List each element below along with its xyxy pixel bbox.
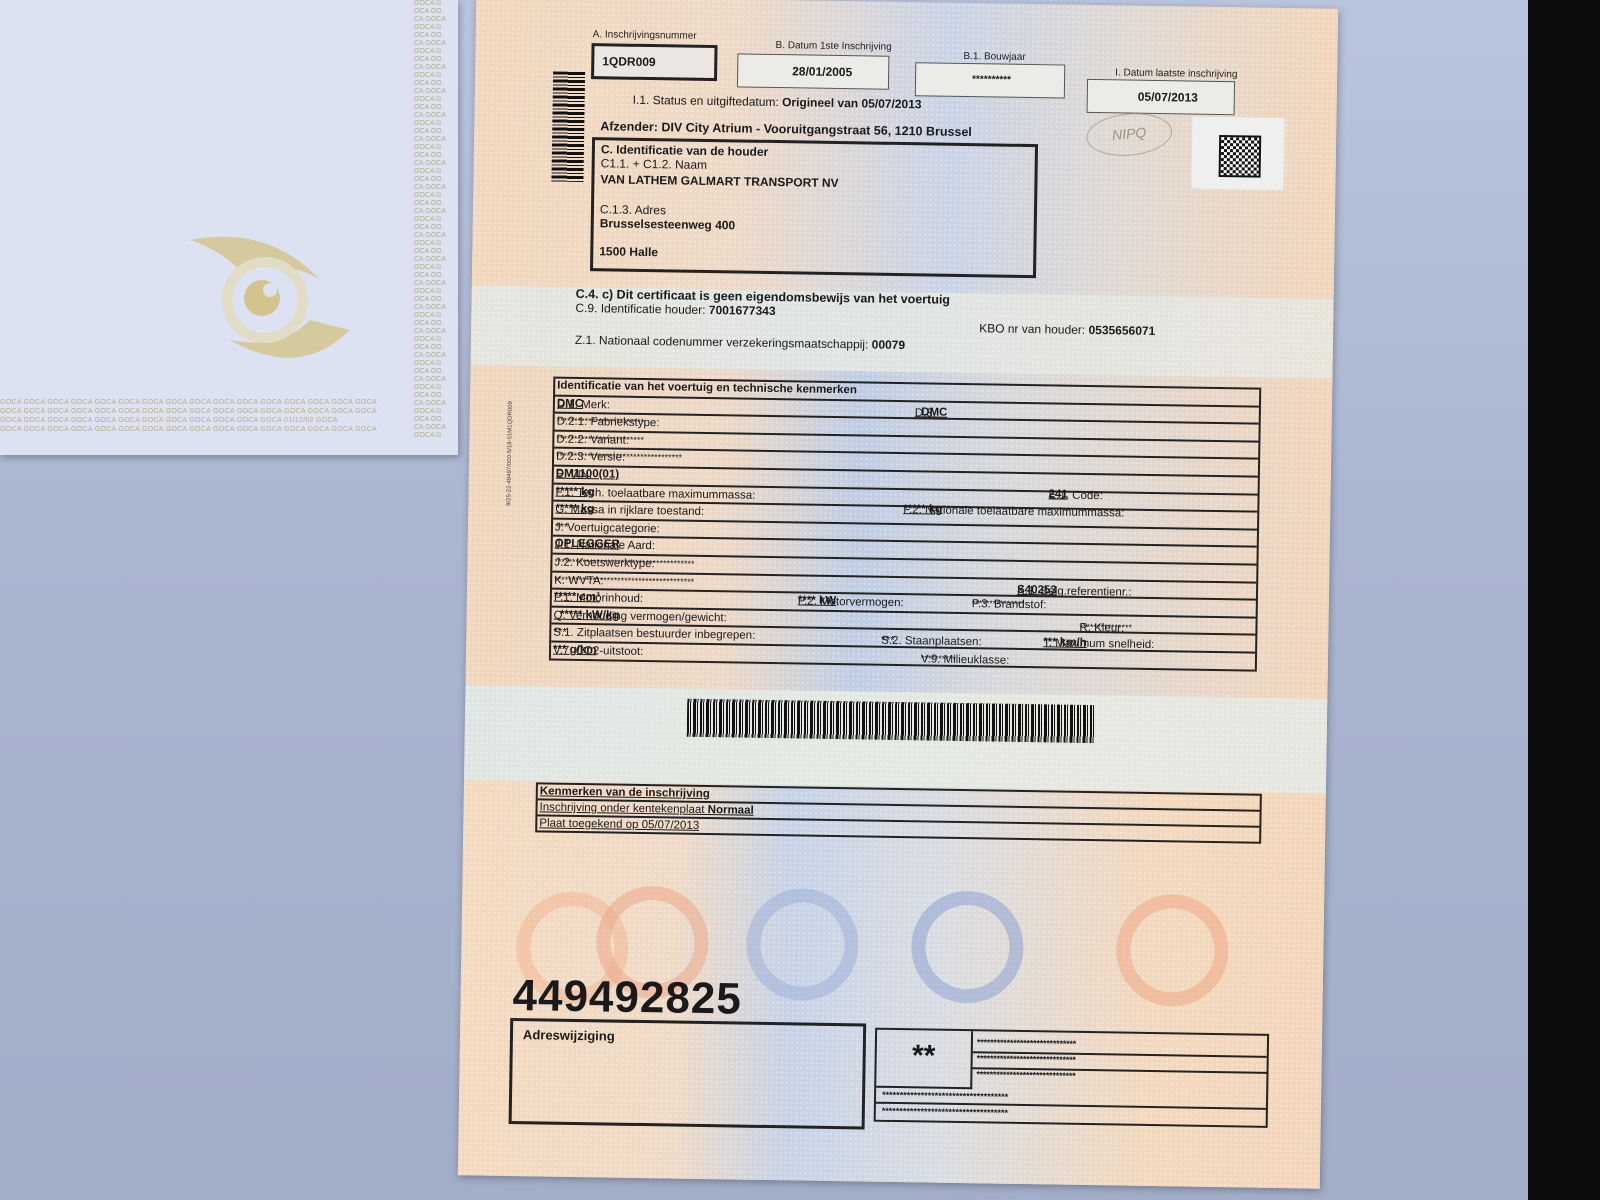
address-change-label: Adreswijziging [523, 1027, 615, 1043]
background-document: GOCA GOCA GOCA GOCA GOCA GOCA GOCA GOCA … [0, 0, 458, 455]
first-registration-field: 28/01/2005 [737, 53, 890, 89]
status-value: Origineel van 05/07/2013 [782, 95, 922, 111]
last-registration-field: 05/07/2013 [1087, 79, 1236, 115]
document-number: 449492825 [512, 971, 742, 1025]
first-registration-label: B. Datum 1ste Inschrijving [775, 40, 891, 53]
build-year: ********** [972, 74, 1011, 86]
address-change-box: Adreswijziging [509, 1018, 867, 1130]
vehicle-registration-certificate: A. Inschrijvingsnummer 1QDR009 B. Datum … [458, 0, 1338, 1189]
build-year-field: ********** [915, 62, 1066, 98]
build-year-label: B.1. Bouwjaar [963, 51, 1025, 63]
goca-watermark-right: GOCA GOCA GOCA GOCA GOCA GOCA GOCA GOCA … [414, 0, 446, 440]
holder-street: Brusselsesteenweg 400 [600, 216, 736, 232]
kbo-number: 0535656071 [1088, 323, 1155, 338]
holder-city: 1500 Halle [599, 244, 658, 259]
horizontal-barcode [687, 699, 1096, 743]
vertical-barcode [551, 72, 585, 182]
technical-characteristics-table: Identificatie van het voertuig en techni… [549, 377, 1261, 672]
registration-number-label: A. Inschrijvingsnummer [593, 29, 697, 42]
holder-id: 7001677343 [709, 303, 776, 318]
holder-address-label: C.1.3. Adres [600, 202, 666, 217]
first-registration-date: 28/01/2005 [792, 64, 852, 79]
kbo-line: KBO nr van houder: 0535656071 [979, 321, 1155, 338]
goca-watermark-bottom: GOCA GOCA GOCA GOCA GOCA GOCA GOCA GOCA … [0, 398, 420, 438]
datamatrix-code-icon [1219, 135, 1262, 178]
insurance-code: 00079 [872, 338, 906, 353]
redacted-marker: ** [876, 1030, 973, 1090]
last-registration-label: I. Datum laatste inschrijving [1115, 67, 1237, 80]
holder-name: VAN LATHEM GALMART TRANSPORT NV [600, 172, 838, 190]
dark-table-edge [1528, 0, 1600, 1200]
holder-name-label: C1.1. + C1.2. Naam [601, 156, 708, 172]
eye-logo-icon [180, 230, 360, 370]
redacted-info-box: ** ****************************** ******… [874, 1028, 1269, 1128]
registration-number-field: 1QDR009 [591, 43, 718, 81]
last-registration-date: 05/07/2013 [1138, 90, 1198, 105]
holder-identification-box: C. Identificatie van de houder C1.1. + C… [590, 137, 1038, 278]
registration-number: 1QDR009 [602, 54, 656, 69]
